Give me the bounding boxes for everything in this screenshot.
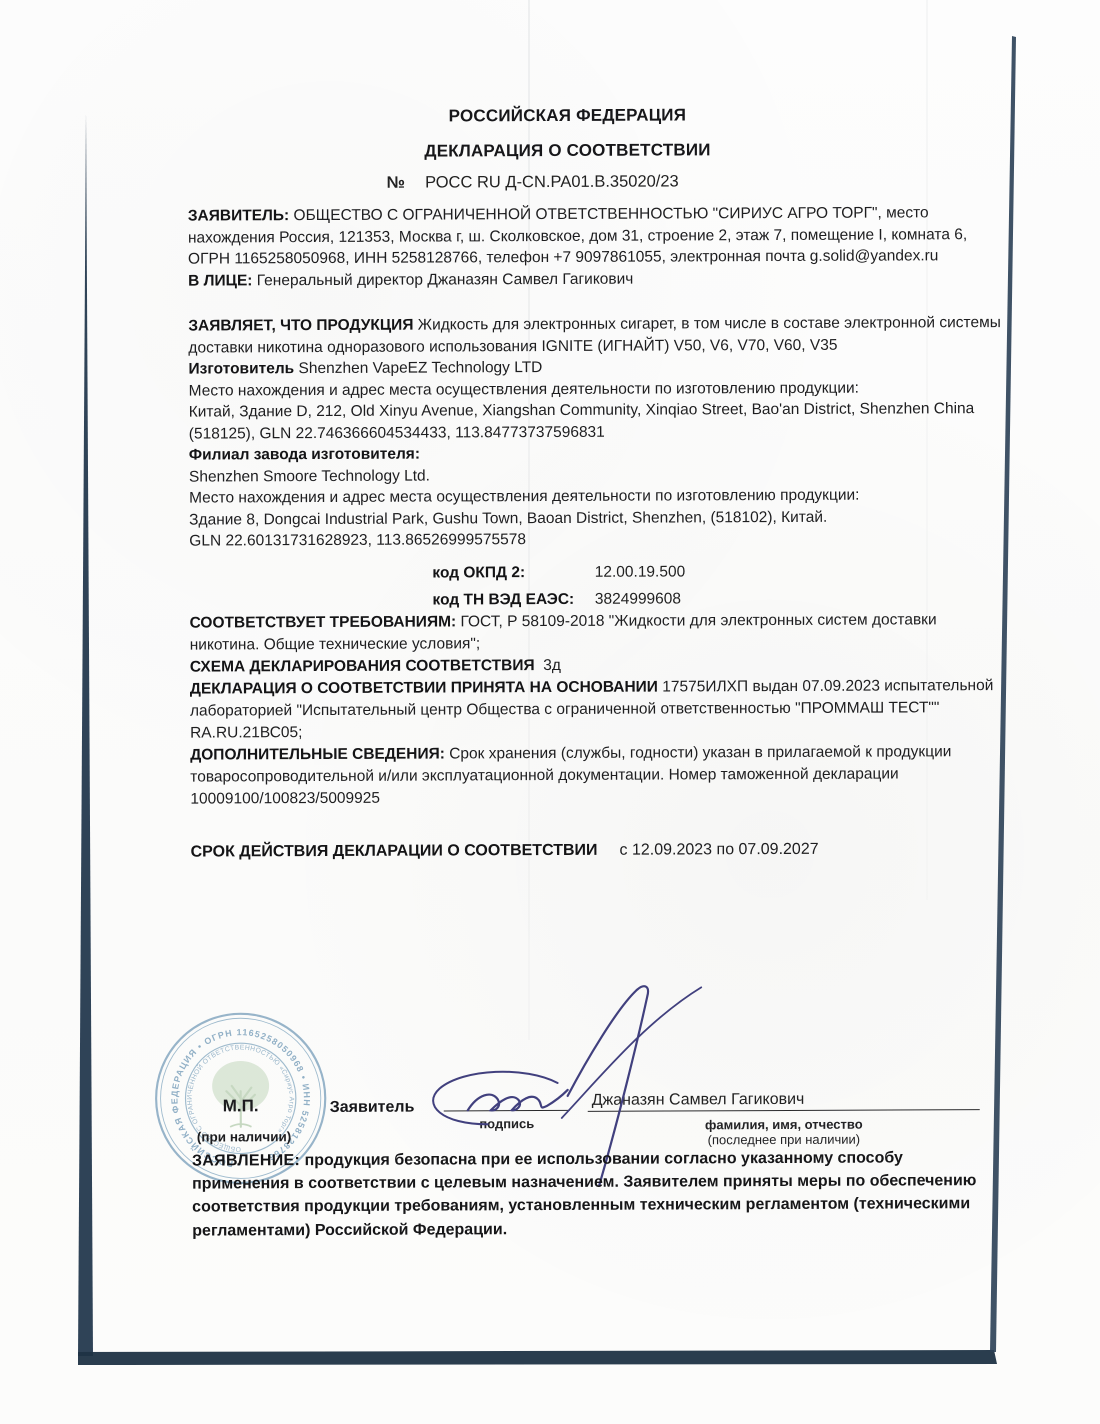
product-label: ЗАЯВЛЯЕТ, ЧТО ПРОДУКЦИЯ (188, 317, 413, 335)
number-value: РОСС RU Д-CN.РА01.В.35020/23 (425, 172, 679, 191)
country-title-text: РОССИЙСКАЯ ФЕДЕРАЦИЯ (449, 105, 687, 125)
applicant-section: ЗАЯВИТЕЛЬ: ОБЩЕСТВО С ОГРАНИЧЕННОЙ ОТВЕТ… (188, 202, 1008, 292)
tnved-value: 3824999608 (595, 590, 681, 607)
product-section: ЗАЯВЛЯЕТ, ЧТО ПРОДУКЦИЯ Жидкость для эле… (188, 312, 1009, 552)
additional-label: ДОПОЛНИТЕЛЬНЫЕ СВЕДЕНИЯ: (190, 745, 445, 763)
basis-label: ДЕКЛАРАЦИЯ О СООТВЕТСТВИИ ПРИНЯТА НА ОСН… (190, 679, 658, 698)
document-content: РОССИЙСКАЯ ФЕДЕРАЦИЯ ДЕКЛАРАЦИЯ О СООТВЕ… (0, 0, 1100, 1424)
in-person-line: В ЛИЦЕ: Генеральный директор Джаназян Са… (188, 266, 1008, 291)
number-sign: № (387, 174, 405, 192)
okpd-row: код ОКПД 2: 12.00.19.500 (189, 560, 1009, 591)
doc-title: ДЕКЛАРАЦИЯ О СООТВЕТСТВИИ (188, 139, 948, 162)
okpd-value: 12.00.19.500 (595, 563, 686, 580)
in-person-text: Генеральный директор Джаназян Самвел Гаг… (257, 270, 634, 289)
manufacturer-name: Shenzhen VapeEZ Technology LTD (298, 359, 542, 377)
signature-caption: подпись (444, 1116, 570, 1132)
product-paragraph: ЗАЯВЛЯЕТ, ЧТО ПРОДУКЦИЯ Жидкость для эле… (188, 312, 1008, 359)
applicant-paragraph: ЗАЯВИТЕЛЬ: ОБЩЕСТВО С ОГРАНИЧЕННОЙ ОТВЕТ… (188, 202, 1008, 270)
tree-icon (212, 1061, 269, 1127)
in-person-label: В ЛИЦЕ: (188, 272, 252, 289)
statement-label: ЗАЯВЛЕНИЕ: (192, 1152, 300, 1169)
mp-label: М.П. (223, 1096, 259, 1116)
statement-text: продукция безопасна при ее использовании… (192, 1149, 976, 1239)
statement-section: ЗАЯВЛЕНИЕ: продукция безопасна при ее ис… (192, 1146, 980, 1242)
signature-line (444, 1090, 570, 1112)
applicant-signature-label: Заявитель (330, 1099, 415, 1117)
declaration-number: №РОСС RU Д-CN.РА01.В.35020/23 (188, 172, 878, 194)
applicant-label: ЗАЯВИТЕЛЬ: (188, 207, 289, 224)
name-caption: фамилия, имя, отчество (последнее при на… (588, 1116, 980, 1148)
validity-section: СРОК ДЕЙСТВИЯ ДЕКЛАРАЦИИ О СООТВЕТСТВИИс… (191, 838, 1011, 863)
validity-label: СРОК ДЕЙСТВИЯ ДЕКЛАРАЦИИ О СООТВЕТСТВИИ (191, 842, 598, 861)
compliance-section: СООТВЕТСТВУЕТ ТРЕБОВАНИЯМ: ГОСТ, Р 58109… (190, 609, 1011, 811)
additional-paragraph: ДОПОЛНИТЕЛЬНЫЕ СВЕДЕНИЯ: Срок хранения (… (190, 741, 1010, 811)
scheme-value: 3д (543, 657, 561, 674)
tnved-label: код ТН ВЭД ЕАЭС: (432, 589, 590, 611)
name-line (588, 1089, 980, 1112)
manufacturer-address: Китай, Здание D, 212, Old Xinyu Avenue, … (189, 398, 1009, 445)
requirements-label: СООТВЕТСТВУЕТ ТРЕБОВАНИЯМ: (190, 613, 457, 631)
name-caption-line1: фамилия, имя, отчество (588, 1116, 980, 1133)
doc-title-text: ДЕКЛАРАЦИЯ О СООТВЕТСТВИИ (424, 140, 710, 160)
applicant-text: ОБЩЕСТВО С ОГРАНИЧЕННОЙ ОТВЕТСТВЕННОСТЬЮ… (188, 204, 967, 267)
mp-note: (при наличии) (197, 1129, 291, 1144)
country-title: РОССИЙСКАЯ ФЕДЕРАЦИЯ (187, 104, 947, 127)
requirements-paragraph: СООТВЕТСТВУЕТ ТРЕБОВАНИЯМ: ГОСТ, Р 58109… (190, 609, 1010, 657)
okpd-label: код ОКПД 2: (432, 562, 590, 584)
name-caption-line2: (последнее при наличии) (588, 1131, 980, 1148)
basis-paragraph: ДЕКЛАРАЦИЯ О СООТВЕТСТВИИ ПРИНЯТА НА ОСН… (190, 675, 1010, 745)
scheme-label: СХЕМА ДЕКЛАРИРОВАНИЯ СООТВЕТСТВИЯ (190, 657, 535, 676)
branch-gln: GLN 22.60131731628923, 113.8652699957557… (189, 527, 1009, 552)
manufacturer-label: Изготовитель (188, 360, 294, 377)
validity-value: с 12.09.2023 по 07.09.2027 (620, 841, 819, 859)
